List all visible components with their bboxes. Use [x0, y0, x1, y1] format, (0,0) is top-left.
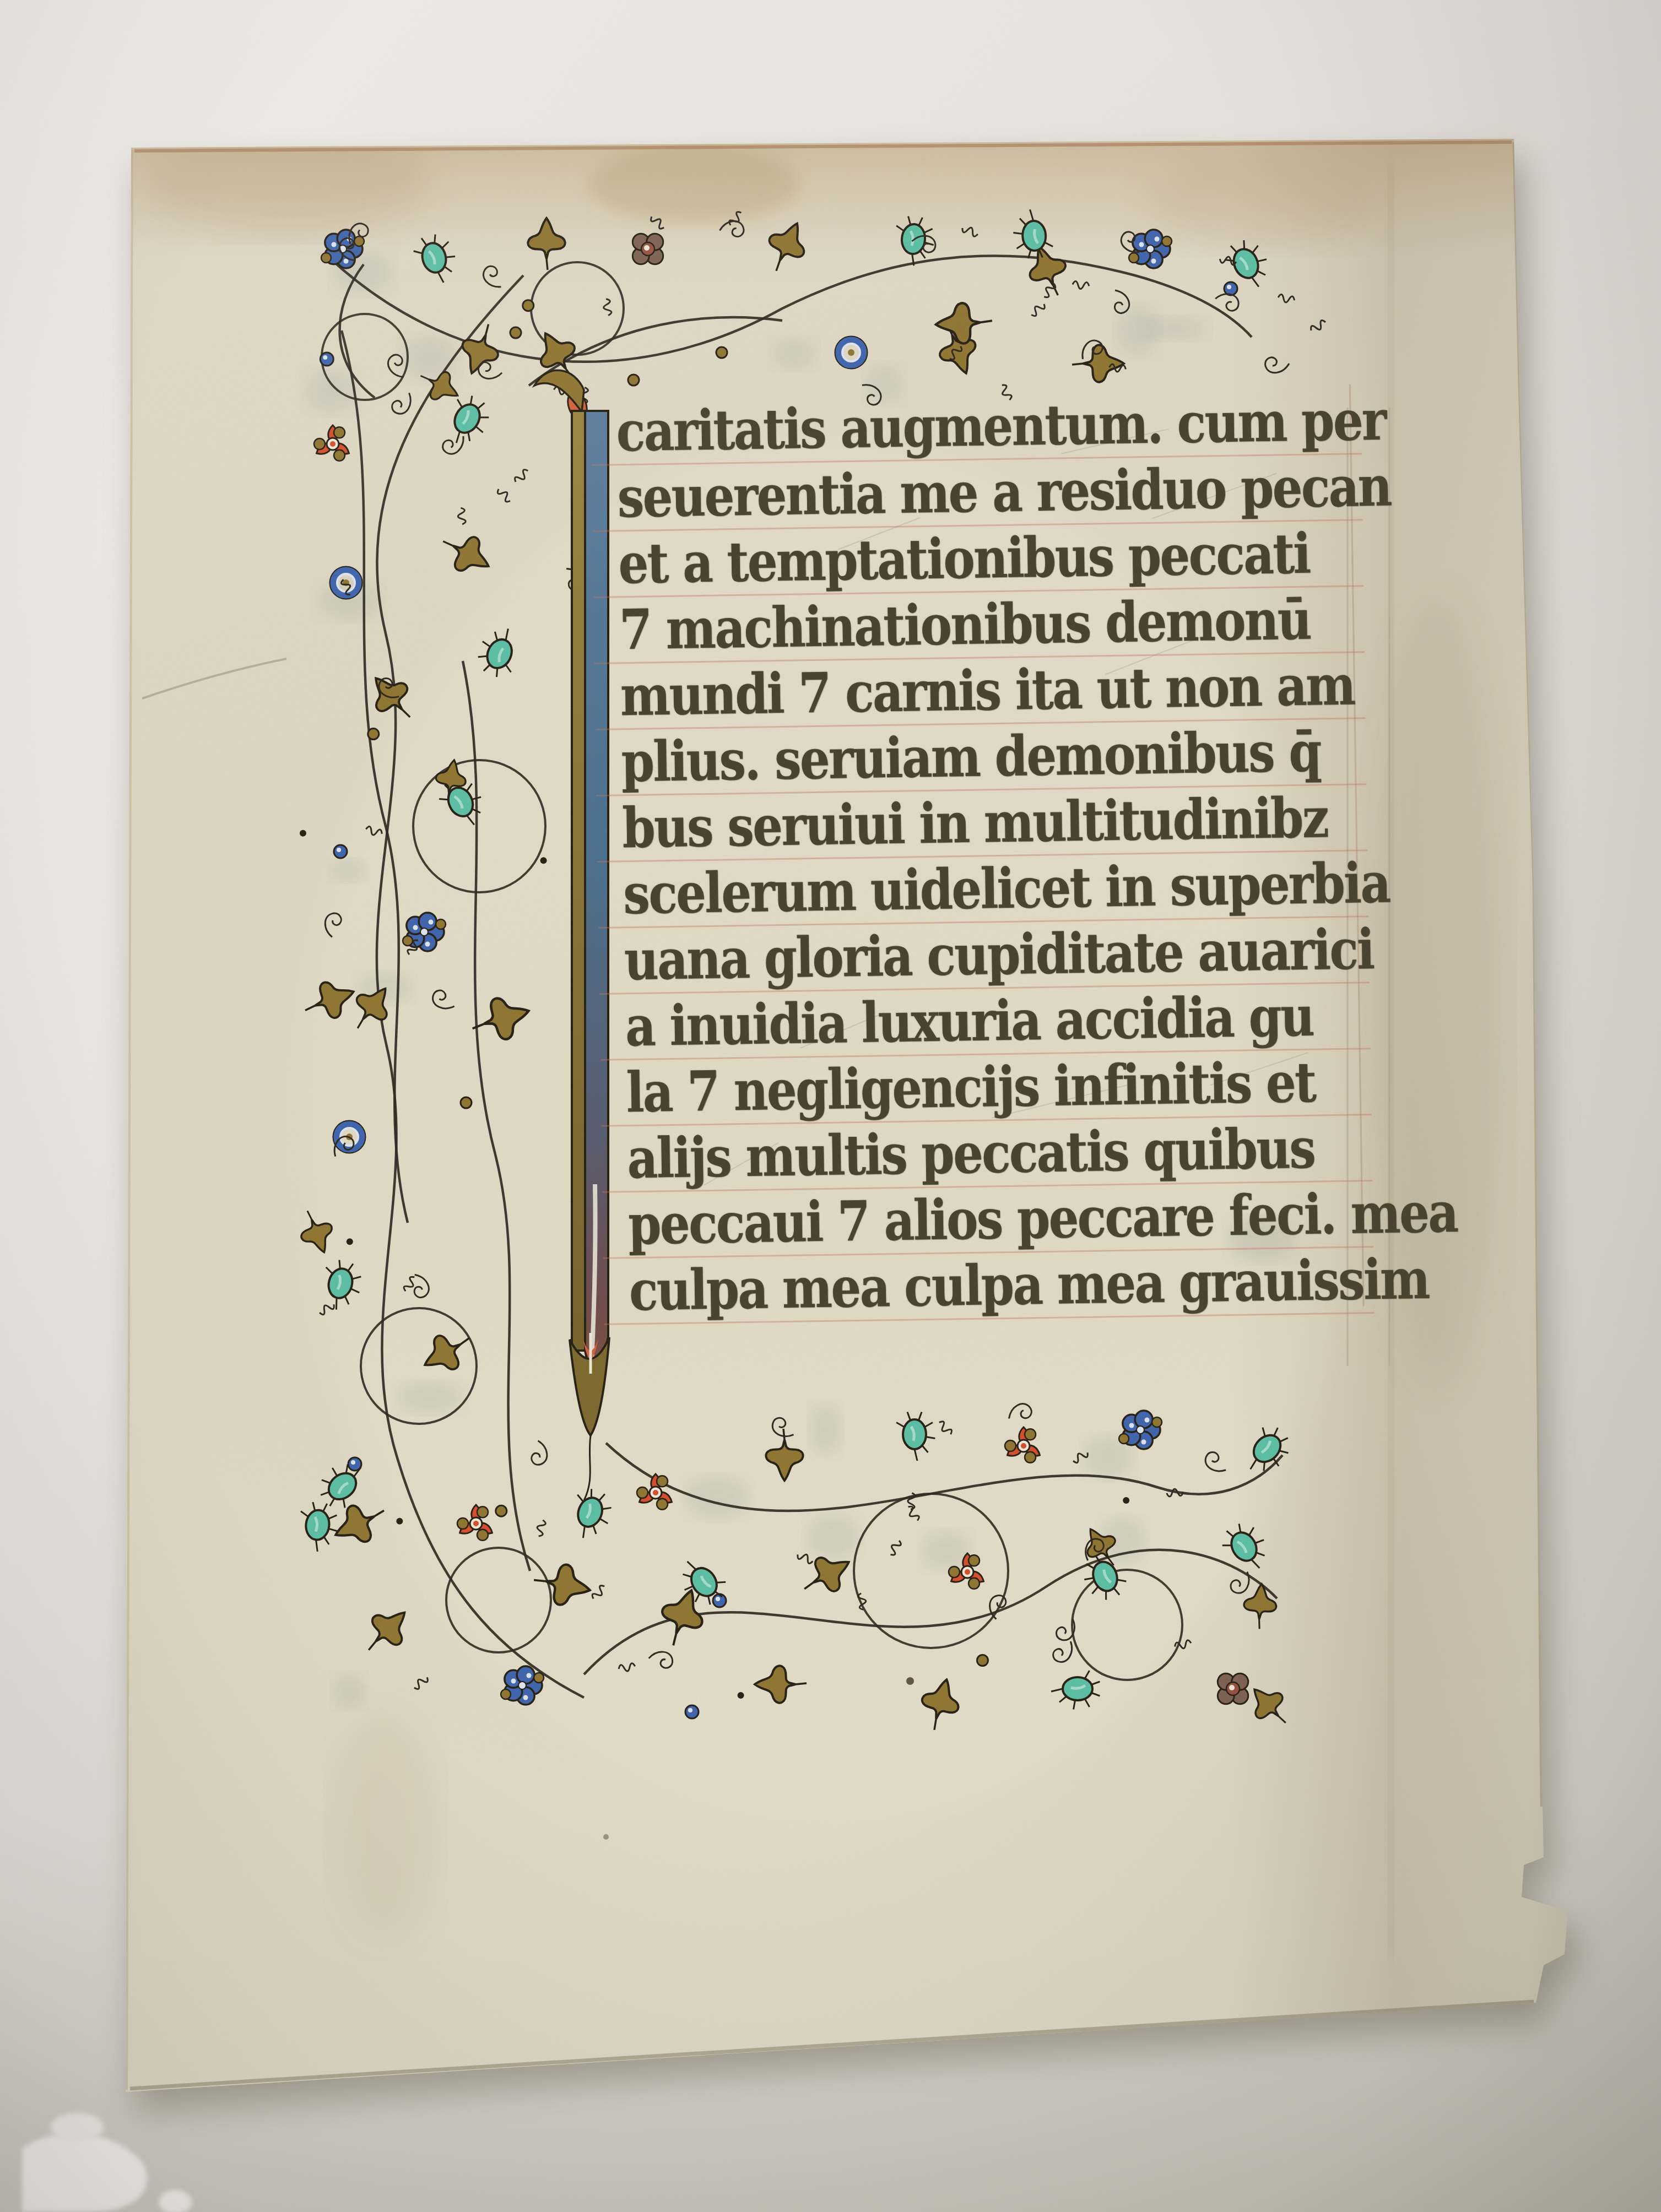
text-line: culpa mea culpa mea grauissim: [603, 1248, 1375, 1325]
text-line: bus seruiui in multitudinibz: [597, 785, 1368, 863]
text-line: seuerentia me a residuo pecan: [592, 454, 1363, 532]
text-line-content: caritatis augmentum. cum per: [616, 388, 1386, 464]
text-line: 7 machinationibus demonū: [593, 587, 1365, 664]
text-line: alijs multis peccatis quibus: [602, 1115, 1373, 1193]
text-line-content: peccaui 7 alios peccare feci. mea: [627, 1180, 1458, 1257]
text-line: caritatis augmentum. cum per: [591, 388, 1362, 466]
text-line: la 7 negligencijs infinitis et: [600, 1049, 1372, 1127]
text-line: a inuidia luxuria accidia gu: [599, 983, 1371, 1061]
text-line-content: mundi 7 carnis ita ut non am: [620, 653, 1355, 728]
text-line-content: seuerentia me a residuo pecan: [617, 454, 1392, 530]
text-line-content: plius. seruiam demonibus q̄: [621, 719, 1321, 794]
text-line-content: et a temptationibus peccati: [618, 522, 1311, 597]
text-line: et a temptationibus peccati: [593, 521, 1364, 598]
text-line: scelerum uidelicet in superbia: [597, 851, 1368, 929]
text-line: peccaui 7 alios peccare feci. mea: [602, 1181, 1373, 1259]
text-line-content: uana gloria cupiditate auarici: [624, 917, 1374, 993]
text-line-content: culpa mea culpa mea grauissim: [629, 1247, 1429, 1324]
text-line: mundi 7 carnis ita ut non am: [594, 653, 1366, 730]
text-line: plius. seruiam demonibus q̄: [596, 719, 1367, 796]
text-line-content: scelerum uidelicet in superbia: [623, 851, 1390, 927]
text-line-content: bus seruiui in multitudinibz: [622, 785, 1328, 860]
text-line-content: 7 machinationibus demonū: [619, 588, 1311, 663]
text-line-content: la 7 negligencijs infinitis et: [626, 1050, 1316, 1125]
text-line-content: alijs multis peccatis quibus: [627, 1116, 1315, 1191]
text-block: caritatis augmentum. cum per seuerentia …: [591, 388, 1375, 1325]
text-line: uana gloria cupiditate auarici: [598, 917, 1370, 995]
photo-of-manuscript-leaf: caritatis augmentum. cum per seuerentia …: [0, 0, 1661, 2212]
text-line-content: a inuidia luxuria accidia gu: [625, 984, 1314, 1059]
